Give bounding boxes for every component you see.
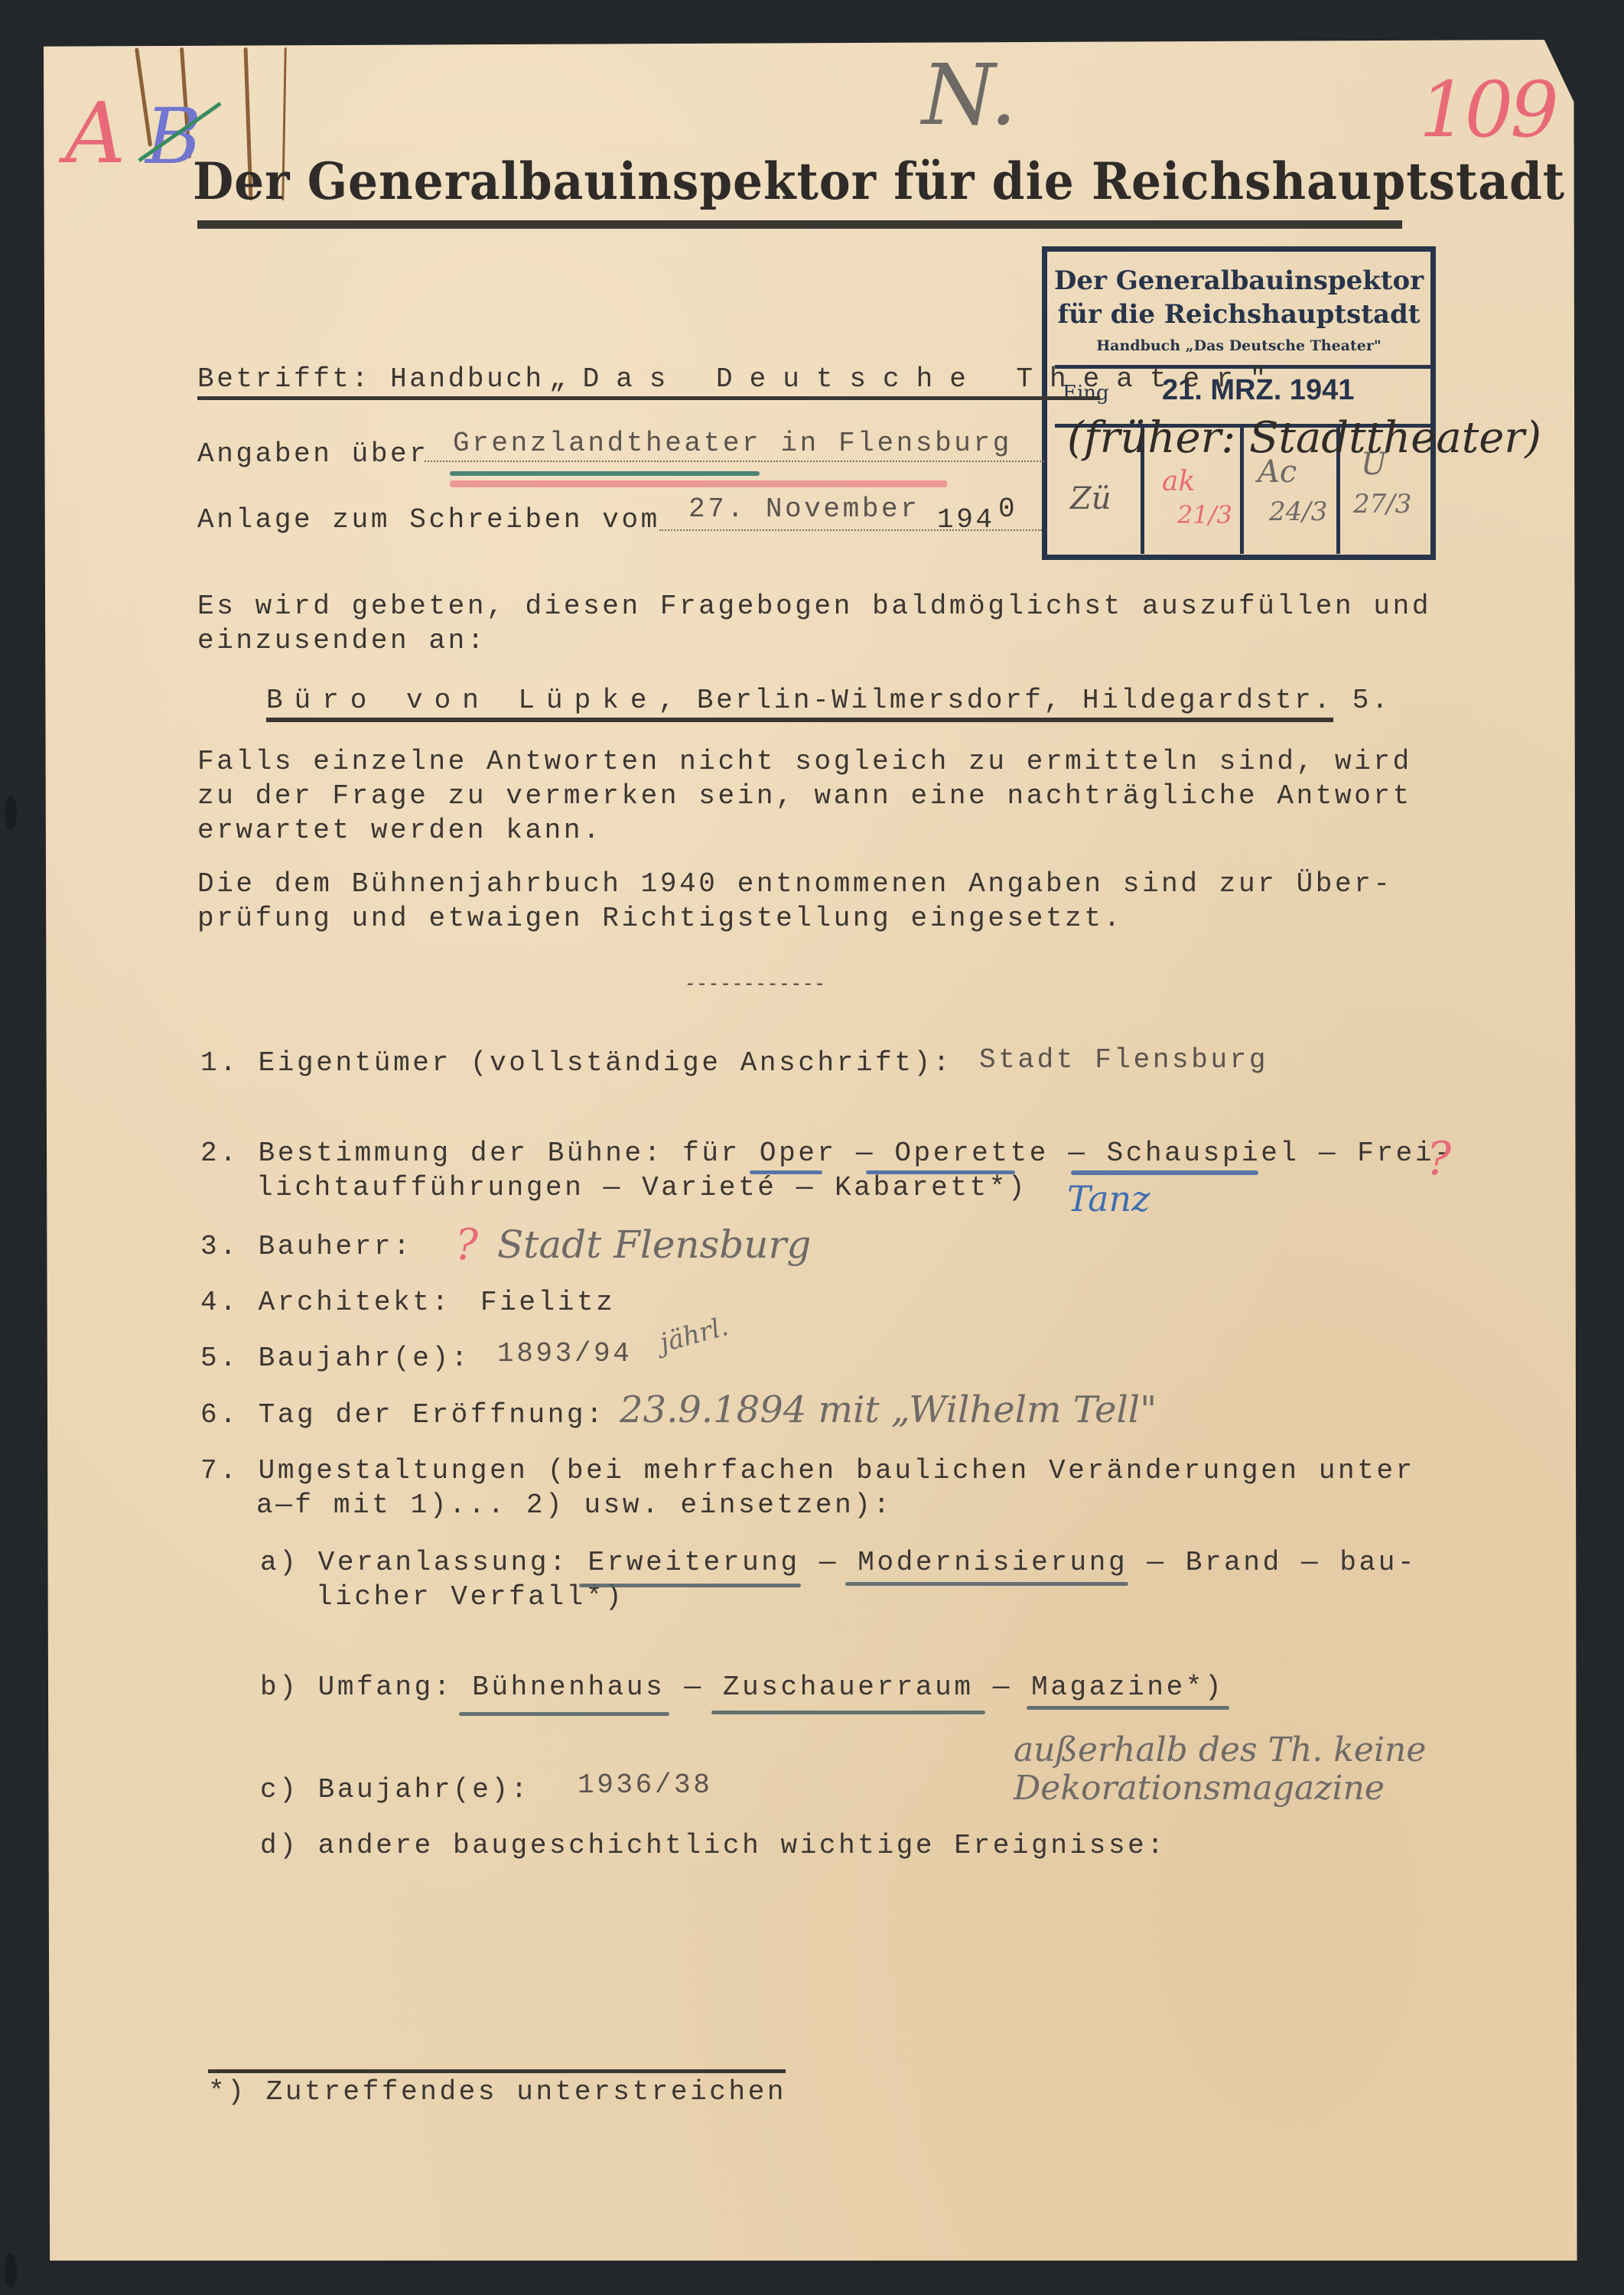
details-value: Grenzlandtheater in Flensburg xyxy=(453,430,1012,457)
underline-buehnenhaus xyxy=(459,1712,669,1716)
question-1: 1. Eigentümer (vollständige Anschrift): xyxy=(200,1050,952,1077)
subquestion-a-line-1: a) Veranlassung: Erweiterung — Modernisi… xyxy=(260,1549,1417,1577)
underline-magazine xyxy=(1027,1706,1229,1710)
separator: ------------ xyxy=(685,976,826,994)
question-6-handwritten-answer: 23.9.1894 mit „Wilhelm Tell" xyxy=(620,1388,1157,1431)
question-3: 3. Bauherr: xyxy=(200,1233,412,1261)
source-line-1: Die dem Bühnenjahrbuch 1940 entnommenen … xyxy=(197,871,1393,898)
footnote-rule xyxy=(208,2069,786,2073)
question-5-answer: 1893/94 xyxy=(497,1340,632,1368)
initials-cell-4-date: 27/3 xyxy=(1353,489,1411,519)
punch-hole xyxy=(5,796,17,831)
address: Büro von Lüpke, Berlin-Wilmersdorf, Hild… xyxy=(266,687,1391,715)
underline-operette xyxy=(866,1170,1015,1174)
subquestion-b: b) Umfang: Bühnenhaus — Zuschauerraum — … xyxy=(260,1674,1224,1701)
question-3-margin-mark: ? xyxy=(455,1220,478,1270)
enclosure-year: 194 xyxy=(937,506,995,534)
request-line-1: Es wird gebeten, diesen Fragebogen baldm… xyxy=(197,593,1431,620)
question-4: 4. Architekt: xyxy=(200,1289,451,1317)
punch-hole xyxy=(5,2253,17,2288)
initials-cell-2: ak xyxy=(1162,466,1195,497)
address-underline xyxy=(266,718,1333,722)
subquestion-b-handwritten-1: außerhalb des Th. keine xyxy=(1014,1730,1426,1769)
question-5: 5. Baujahr(e): xyxy=(200,1345,470,1372)
margin-question-mark: ? xyxy=(1427,1132,1451,1186)
letterhead-title: Der Generalbauinspektor für die Reichsha… xyxy=(193,151,1565,211)
underline-oper xyxy=(750,1170,822,1174)
pencil-mark-n: N. xyxy=(922,46,1017,144)
enclosure-date: 27. November xyxy=(688,496,919,523)
enclosure-label: Anlage zum Schreiben vom xyxy=(197,506,660,534)
underline-zuschauerraum xyxy=(711,1711,985,1714)
subject-title: „Das Deutsche Theater" xyxy=(549,366,1283,393)
folio-number: 109 xyxy=(1419,65,1556,155)
request-line-2: einzusenden an: xyxy=(197,627,487,655)
question-2-line-2: lichtaufführungen — Varieté — Kabarett*) xyxy=(256,1174,1027,1202)
received-stamp: Der Generalbauinspektor für die Reichsha… xyxy=(1042,246,1436,560)
underline-schauspiel xyxy=(1071,1170,1258,1175)
details-fill-line xyxy=(425,461,1044,462)
green-underline xyxy=(450,471,760,476)
handwritten-tanz: Tanz xyxy=(1067,1178,1150,1219)
subquestion-c-answer: 1936/38 xyxy=(578,1772,712,1799)
initials-cell-3-date: 24/3 xyxy=(1269,496,1327,527)
question-7-line-2: a—f mit 1)... 2) usw. einsetzen): xyxy=(256,1492,893,1519)
question-7-line-1: 7. Umgestaltungen (bei mehrfachen baulic… xyxy=(200,1457,1415,1485)
subject-underline xyxy=(197,396,1100,400)
subquestion-d: d) andere baugeschichtlich wichtige Erei… xyxy=(260,1832,1167,1860)
question-6: 6. Tag der Eröffnung: xyxy=(200,1401,605,1429)
underline-modernisierung xyxy=(845,1582,1128,1586)
initials-cell-2-date: 21/3 xyxy=(1177,500,1232,529)
subquestion-a-line-2: licher Verfall*) xyxy=(316,1584,624,1611)
red-underline xyxy=(450,480,947,487)
letterhead-rule xyxy=(197,220,1402,229)
subquestion-c-label: c) Baujahr(e): xyxy=(260,1776,530,1804)
question-3-handwritten-answer: Stadt Flensburg xyxy=(497,1222,811,1267)
initials-cell-1: Zü xyxy=(1070,481,1111,516)
margin-letter-a: A xyxy=(65,84,125,182)
note-line-1: Falls einzelne Antworten nicht sogleich … xyxy=(197,748,1412,776)
handwritten-former-name: (früher: Stadttheater) xyxy=(1067,413,1541,463)
note-line-3: erwartet werden kann. xyxy=(197,817,602,845)
question-4-answer: Fielitz xyxy=(480,1289,615,1317)
stamp-line-2: für die Reichshauptstadt xyxy=(1047,299,1430,330)
stamp-line-1: Der Generalbauinspektor xyxy=(1047,265,1430,296)
footnote: *) Zutreffendes unterstreichen xyxy=(208,2079,786,2106)
underline-erweiterung xyxy=(579,1584,801,1587)
note-line-2: zu der Frage zu vermerken sein, wann ein… xyxy=(197,783,1412,810)
subject-label: Betrifft: Handbuch xyxy=(197,366,564,393)
details-label: Angaben über xyxy=(197,441,428,468)
question-1-answer: Stadt Flensburg xyxy=(979,1047,1268,1074)
subquestion-b-handwritten-2: Dekorationsmagazine xyxy=(1014,1769,1385,1808)
enclosure-year-digit: 0 xyxy=(998,496,1017,523)
stamp-line-3: Handbuch „Das Deutsche Theater" xyxy=(1047,337,1430,354)
question-2-line-1: 2. Bestimmung der Bühne: für Oper — Oper… xyxy=(200,1140,1453,1167)
source-line-2: prüfung und etwaigen Richtigstellung ein… xyxy=(197,905,1123,933)
